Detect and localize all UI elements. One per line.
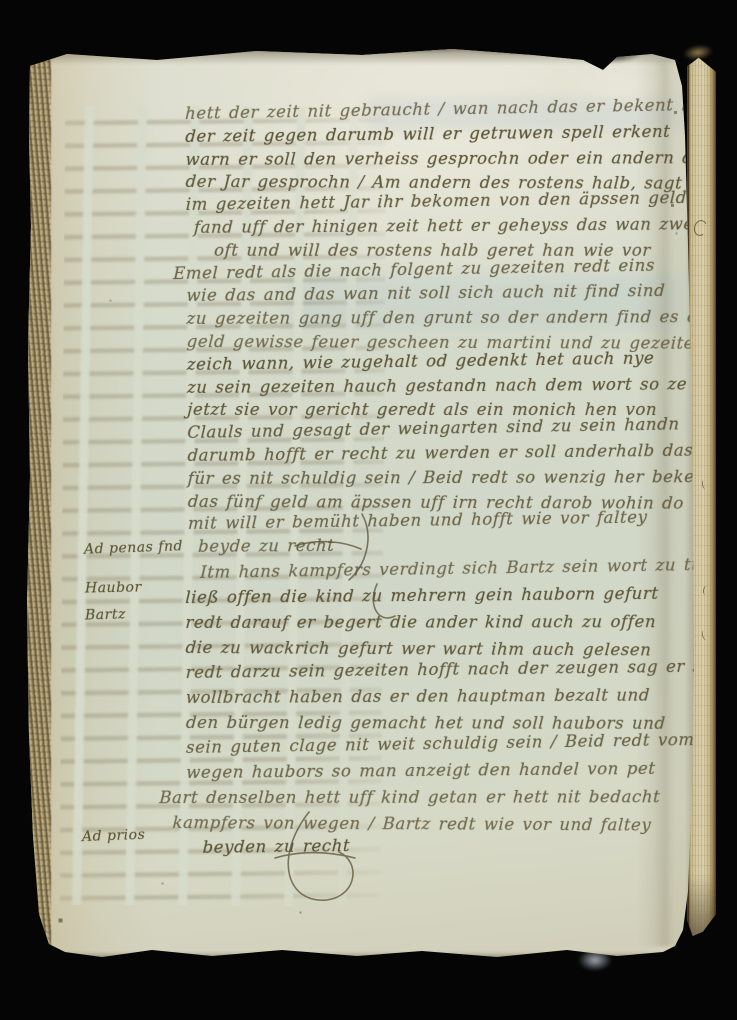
fore-edge-ink-mark — [692, 219, 709, 238]
para2-line-2: ließ offen die kind zu mehrern gein haub… — [185, 583, 706, 613]
text-block-1: hett der zeit nit gebraucht / wan nach d… — [185, 100, 708, 560]
para2-line-6: wollbracht haben das er den hauptman bez… — [185, 685, 706, 713]
margin-note-haubor: Haubor — [85, 580, 142, 597]
binding-frayed-edge — [27, 46, 51, 962]
fore-edge-ink-mark — [701, 480, 707, 490]
margin-note-bartz: Bartz — [85, 606, 126, 623]
para1-line-13: zu sein gezeiten hauch gestandn nach dem… — [186, 374, 707, 400]
para2-line-10: Bart denselben hett uff kind getan er he… — [159, 787, 707, 813]
manuscript-page: hett der zeit nit gebraucht / wan nach d… — [27, 46, 695, 962]
fore-edge-ink-mark — [701, 629, 709, 640]
para2-line-9: wegen haubors so man anzeigt den handel … — [186, 758, 707, 788]
manuscript-photo: hett der zeit nit gebraucht / wan nach d… — [0, 0, 737, 1020]
para1-line-3: warn er soll den verheiss gesprochn oder… — [185, 148, 706, 173]
paper-specks — [27, 46, 28, 47]
para2-line-5: redt darzu sein gezeiten hofft nach der … — [185, 657, 706, 688]
para1-line-16: darumb hofft er recht zu werden er soll … — [187, 440, 708, 468]
para1-line-9: wie das and das wan nit soll sich auch n… — [186, 281, 707, 309]
page-top-edge — [27, 46, 695, 68]
para1-line-17: für es nit schuldig sein / Beid redt so … — [187, 467, 708, 492]
fore-edge-ink-mark — [702, 586, 709, 596]
para2-line-12: beyden zu recht — [202, 832, 707, 863]
para1-line-6: fand uff der hinigen zeit hett er geheys… — [193, 214, 706, 240]
para1-line-10: zu gezeiten gang uff den grunt so der an… — [186, 307, 707, 332]
text-block-2: Itm hans kampfers verdingt sich Bartz se… — [185, 560, 707, 863]
para2-line-3: redt darauf er begert die ander kind auc… — [185, 612, 706, 638]
margin-note-ad-prios: Ad prios — [82, 827, 146, 845]
para1-line-2: der zeit gegen darumb will er getruwen s… — [185, 121, 706, 149]
